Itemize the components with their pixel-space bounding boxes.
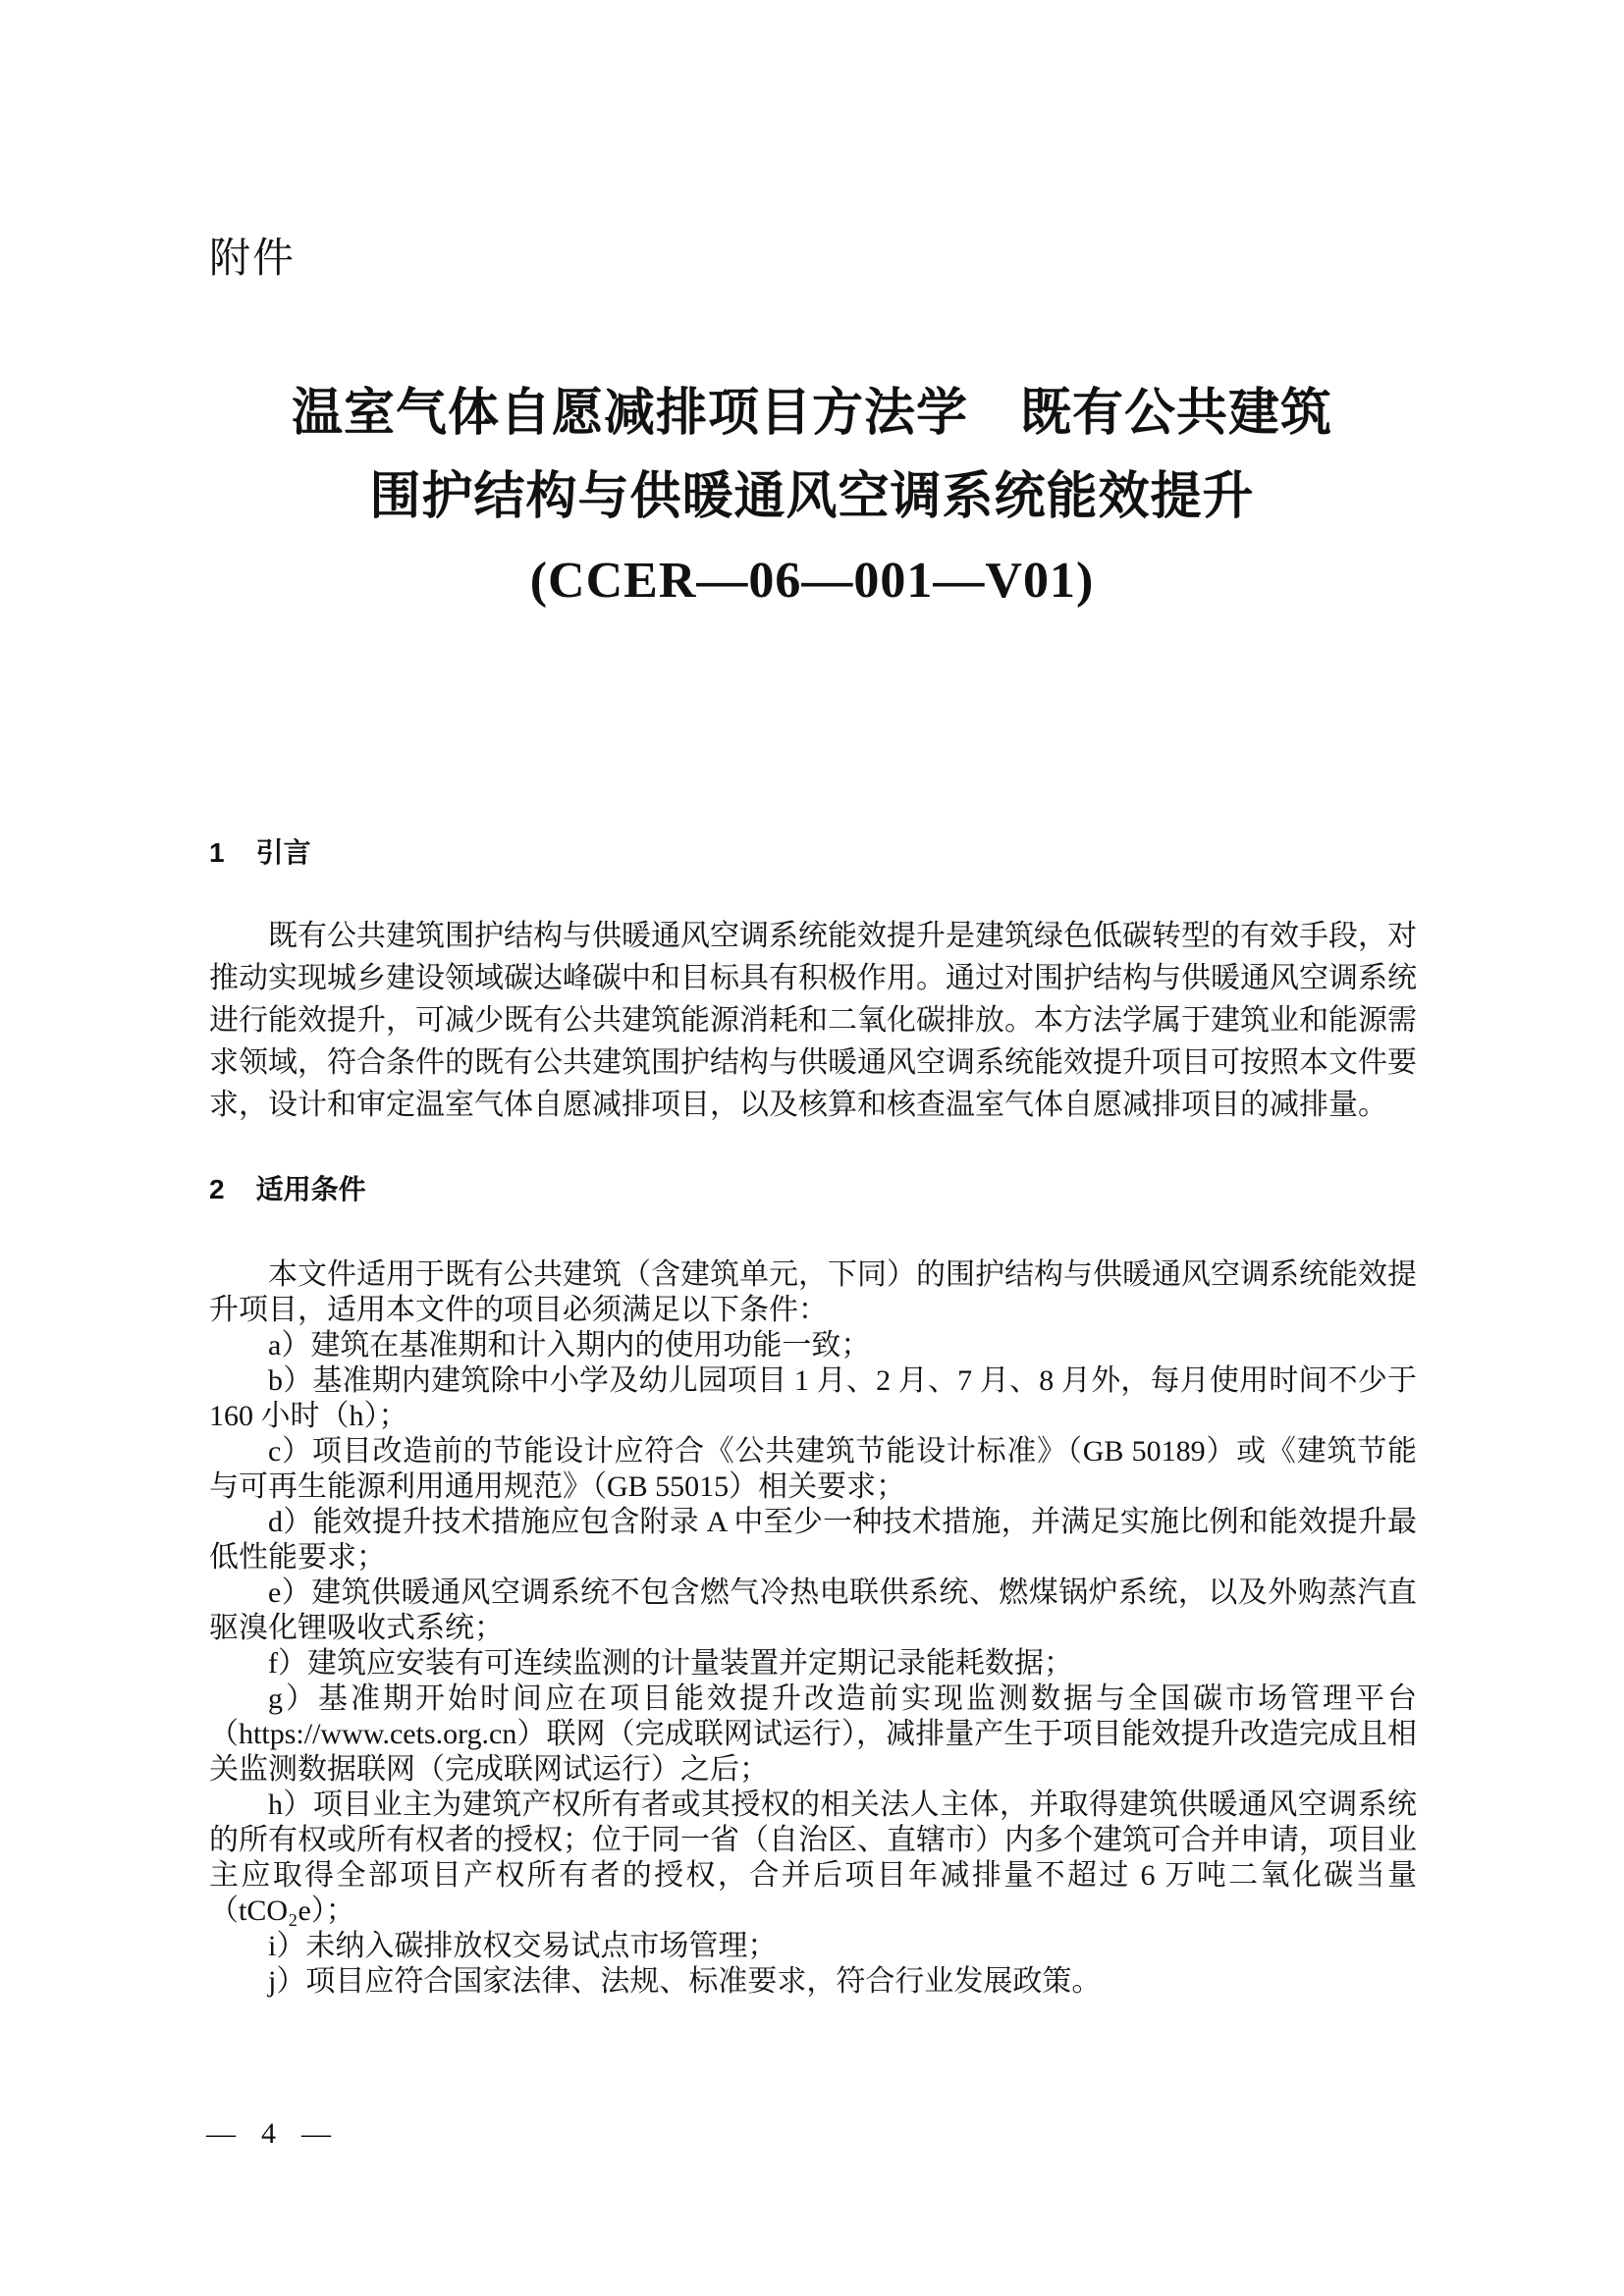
title-line-1: 温室气体自愿减排项目方法学 既有公共建筑 [0, 372, 1624, 455]
section-1-heading: 1引言 [209, 839, 1624, 867]
condition-item-a: a）建筑在基准期和计入期内的使用功能一致； [209, 1328, 1417, 1363]
document-page: 附件 温室气体自愿减排项目方法学 既有公共建筑 围护结构与供暖通风空调系统能效提… [0, 0, 1624, 2296]
document-title: 温室气体自愿减排项目方法学 既有公共建筑 围护结构与供暖通风空调系统能效提升 (… [0, 372, 1624, 622]
section-2-intro-paragraph: 本文件适用于既有公共建筑（含建筑单元，下同）的围护结构与供暖通风空调系统能效提升… [209, 1257, 1417, 1328]
condition-item-j: j）项目应符合国家法律、法规、标准要求，符合行业发展政策。 [209, 1964, 1417, 2000]
footer-page-number: 4 [261, 2116, 276, 2152]
section-2-title: 适用条件 [256, 1174, 366, 1204]
condition-item-i: i）未纳入碳排放权交易试点市场管理； [209, 1929, 1417, 1964]
section-2-number: 2 [209, 1176, 225, 1203]
section-1-title: 引言 [256, 837, 311, 868]
footer-dash-left: — [206, 2116, 236, 2152]
condition-item-c: c）项目改造前的节能设计应符合《公共建筑节能设计标准》（GB 50189）或《建… [209, 1434, 1417, 1505]
condition-item-d: d）能效提升技术措施应包含附录 A 中至少一种技术措施，并满足实施比例和能效提升… [209, 1505, 1417, 1575]
title-code: (CCER—06—001—V01) [0, 539, 1624, 622]
condition-item-h: h）项目业主为建筑产权所有者或其授权的相关法人主体，并取得建筑供暖通风空调系统的… [209, 1788, 1417, 1929]
condition-item-g: g）基准期开始时间应在项目能效提升改造前实现监测数据与全国碳市场管理平台（htt… [209, 1682, 1417, 1788]
attachment-label: 附件 [209, 238, 1624, 279]
footer-dash-right: — [301, 2116, 331, 2152]
title-line-2: 围护结构与供暖通风空调系统能效提升 [0, 455, 1624, 539]
section-1-number: 1 [209, 839, 225, 867]
condition-item-b: b）基准期内建筑除中小学及幼儿园项目 1 月、2 月、7 月、8 月外，每月使用… [209, 1363, 1417, 1434]
condition-item-f: f）建筑应安装有可连续监测的计量装置并定期记录能耗数据； [209, 1646, 1417, 1682]
section-1-paragraph: 既有公共建筑围护结构与供暖通风空调系统能效提升是建筑绿色低碳转型的有效手段，对推… [209, 915, 1417, 1126]
condition-item-e: e）建筑供暖通风空调系统不包含燃气冷热电联供系统、燃煤锅炉系统，以及外购蒸汽直驱… [209, 1575, 1417, 1646]
section-2-heading: 2适用条件 [209, 1176, 1624, 1203]
page-footer: — 4 — [206, 2116, 331, 2152]
